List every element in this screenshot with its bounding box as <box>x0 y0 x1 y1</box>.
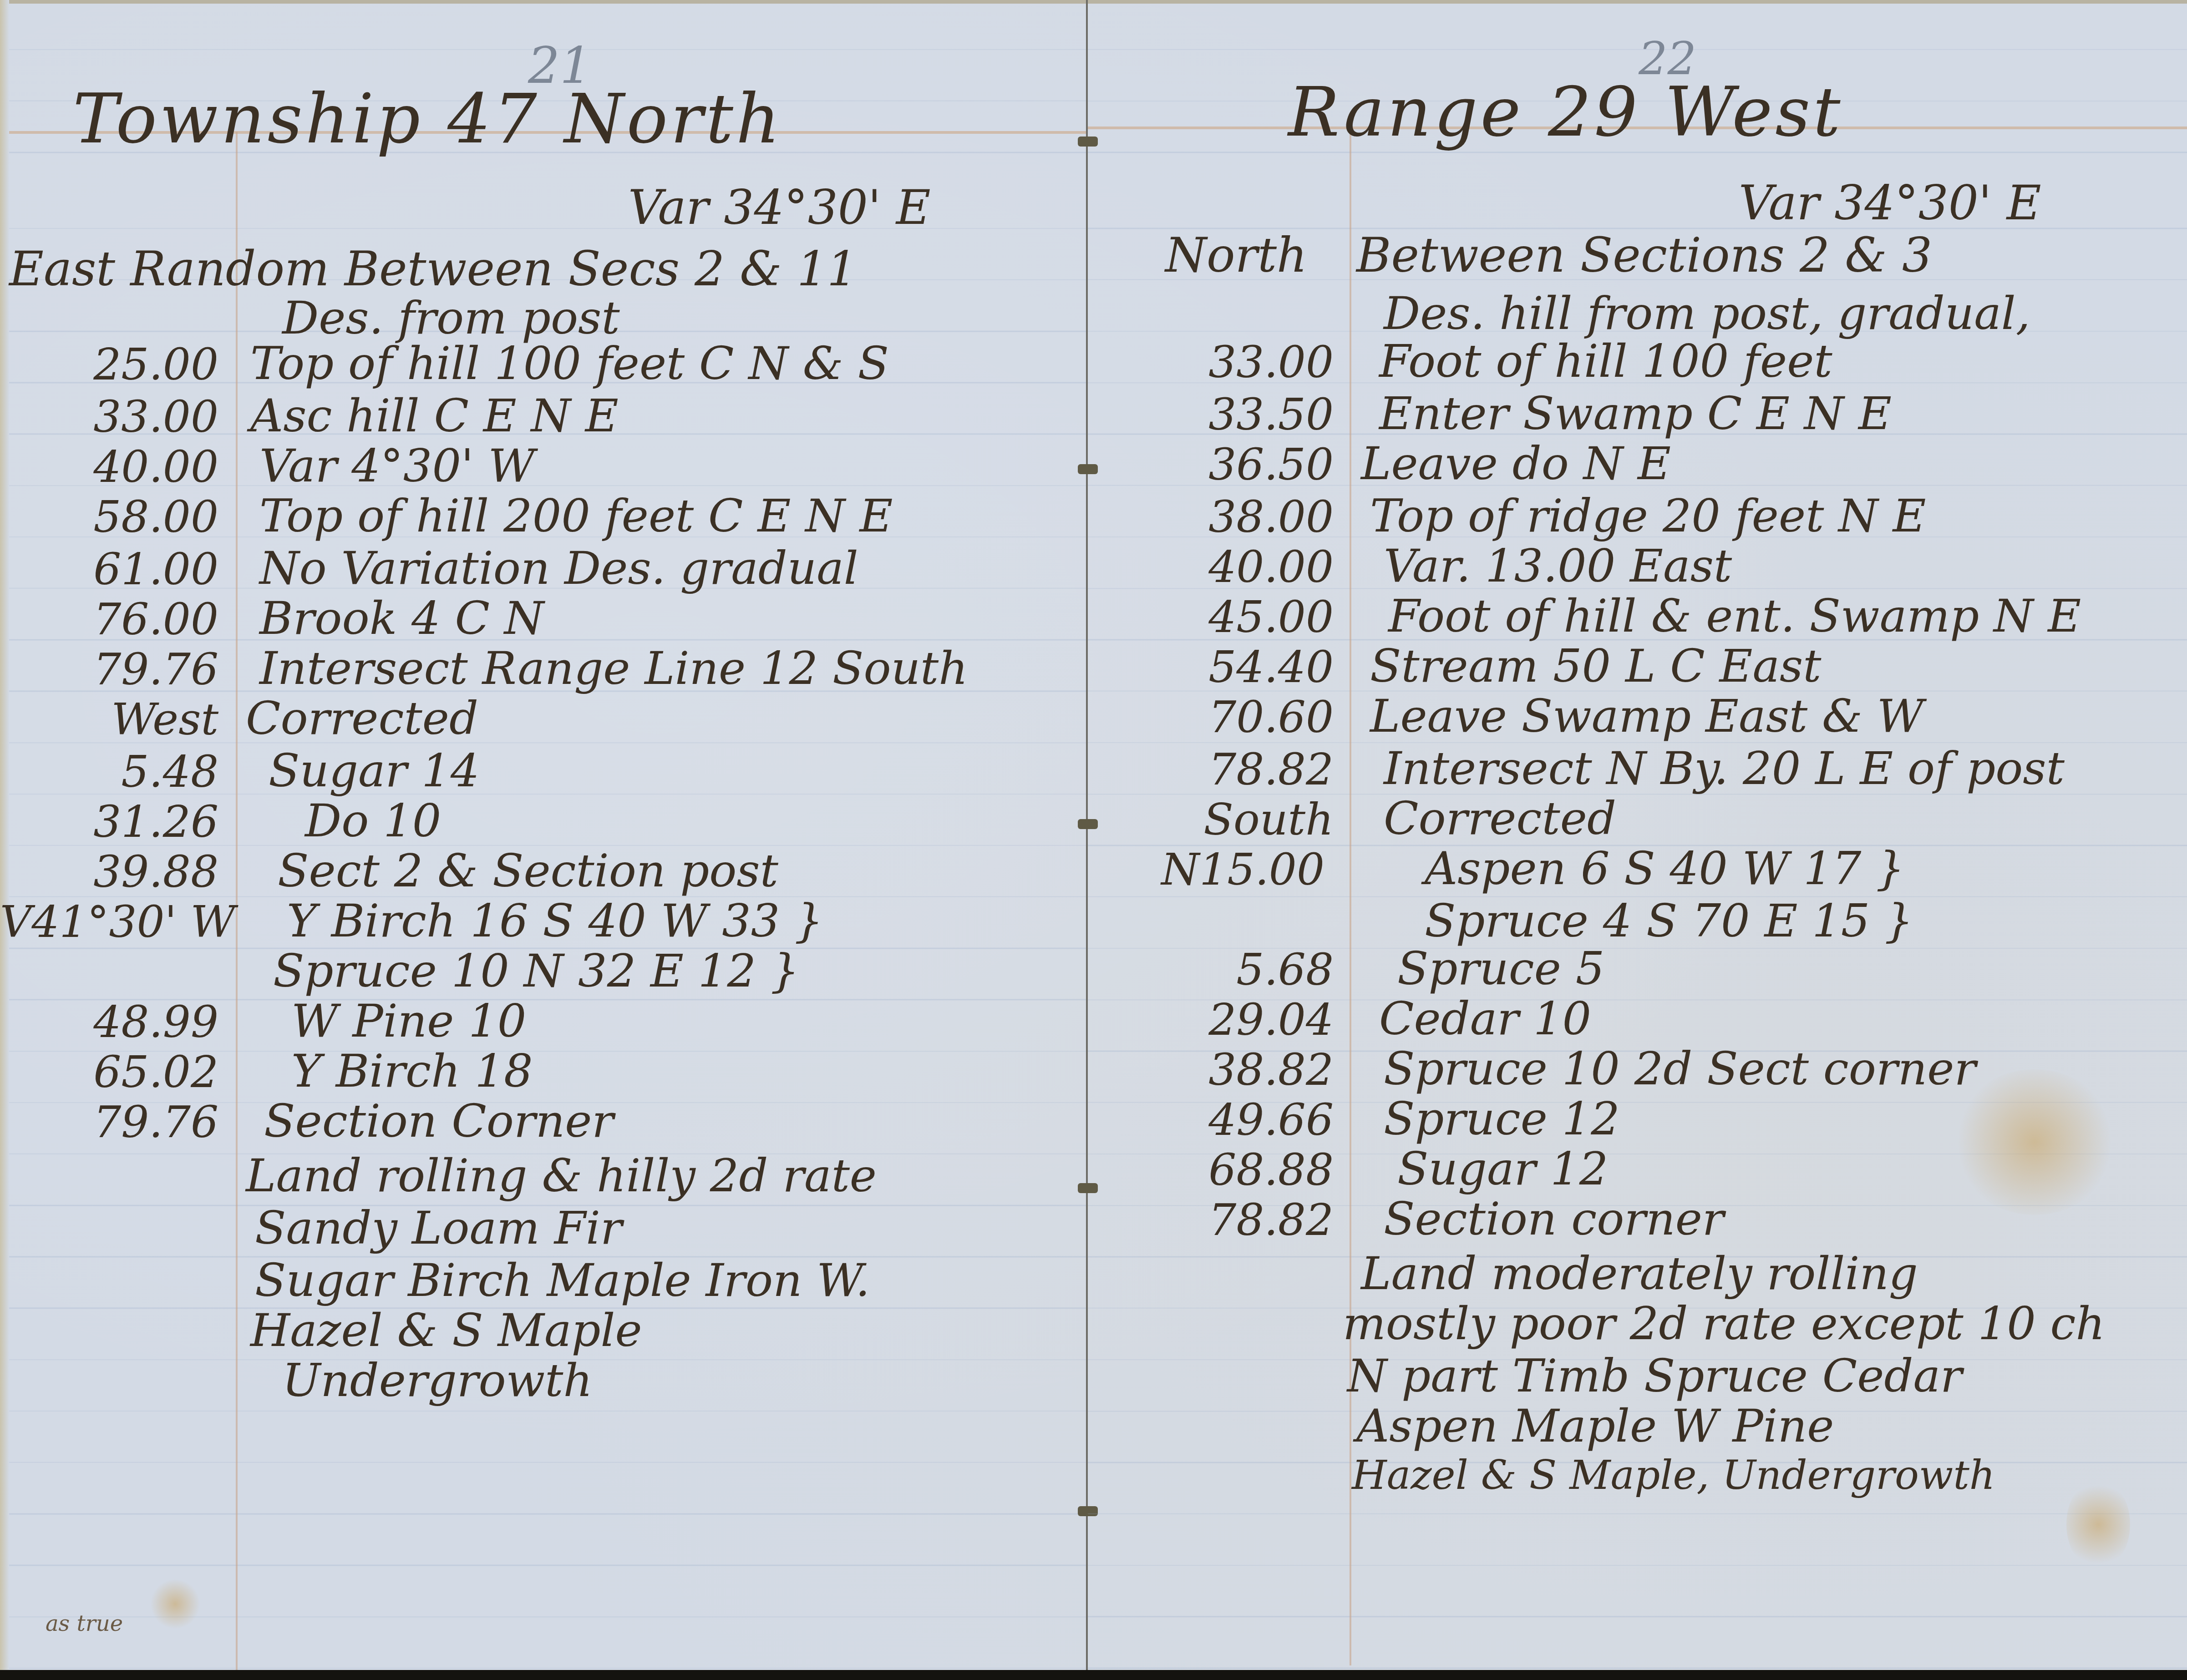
entry-text: Spruce 12 <box>1384 1092 1620 1145</box>
entry-text: Stream 50 L C East <box>1370 639 1822 693</box>
summary-line: Land rolling & hilly 2d rate <box>246 1149 877 1202</box>
entry-text: Spruce 10 N 32 E 12 } <box>273 944 800 997</box>
entry-text: Asc hill C E N E <box>250 389 619 442</box>
paper-stain <box>2066 1479 2130 1570</box>
entry-chains: 54.40 <box>1097 642 1334 693</box>
summary-line: Hazel & S Maple, Undergrowth <box>1352 1452 1995 1498</box>
entry-chains: 79.76 <box>9 644 218 695</box>
entry-text: Do 10 <box>305 794 441 847</box>
entry-bearing: N15.00 <box>1088 844 1324 895</box>
entry-text: Sugar 12 <box>1397 1142 1608 1195</box>
entry-chains: 25.00 <box>9 339 218 390</box>
book-cover-edge <box>0 1670 2187 1680</box>
entry-text: Top of hill 200 feet C E N E <box>259 489 893 542</box>
entry-text: Top of ridge 20 feet N E <box>1370 489 1926 542</box>
variation-note: Var 34°30' E <box>628 180 931 235</box>
paper-stain <box>1953 1069 2116 1215</box>
entry-text: Brook 4 C N <box>259 592 544 645</box>
entry-text: Var. 13.00 East <box>1384 539 1732 592</box>
entry-text: Foot of hill & ent. Swamp N E <box>1388 589 2081 643</box>
entry-direction: West <box>9 694 218 745</box>
entry-text: Spruce 10 2d Sect corner <box>1384 1042 1976 1095</box>
entry-bearing: V41°30' W <box>0 896 228 947</box>
entry-text: Sect 2 & Section post <box>278 844 778 897</box>
entry-chains: 33.50 <box>1097 389 1334 440</box>
entry-text: Enter Swamp C E N E <box>1379 387 1892 440</box>
entry-text: Corrected <box>1384 792 1616 845</box>
entry-text: Des. hill from post, gradual, <box>1384 287 2030 340</box>
entry-chains: 36.50 <box>1097 439 1334 490</box>
entry-chains: 58.00 <box>9 491 218 542</box>
entry-chains: 65.02 <box>9 1047 218 1098</box>
entry-chains: 31.26 <box>9 796 218 847</box>
summary-line: Sugar Birch Maple Iron W. <box>255 1254 870 1307</box>
entry-chains: 79.76 <box>9 1097 218 1148</box>
entry-chains: 33.00 <box>9 391 218 442</box>
entry-text: Section corner <box>1384 1192 1724 1245</box>
summary-line: mostly poor 2d rate except 10 ch <box>1343 1297 2105 1350</box>
entry-chains: 61.00 <box>9 544 218 595</box>
page-left-edge <box>0 0 9 1670</box>
margin-note: as true <box>46 1611 123 1636</box>
entry-text: Leave Swamp East & W <box>1370 689 1924 743</box>
line-direction: North <box>1165 228 1307 283</box>
summary-line: Undergrowth <box>282 1354 593 1407</box>
entry-text: Spruce 4 S 70 E 15 } <box>1425 894 1913 947</box>
left-page: 21 Township 47 North Var 34°30' E East R… <box>0 0 1087 1670</box>
page-title: Township 47 North <box>73 80 783 159</box>
page-title: Range 29 West <box>1288 73 1843 152</box>
entry-text: W Pine 10 <box>291 994 526 1047</box>
entry-chains: 78.82 <box>1097 744 1334 795</box>
entry-chains: 5.48 <box>9 746 218 797</box>
notebook-spread: 21 Township 47 North Var 34°30' E East R… <box>0 0 2187 1680</box>
entry-chains: 40.00 <box>1097 541 1334 592</box>
entry-chains: 39.88 <box>9 846 218 897</box>
entry-chains: 40.00 <box>9 441 218 492</box>
right-page: 22 Range 29 West Var 34°30' E North Betw… <box>1088 0 2187 1670</box>
summary-line: Aspen Maple W Pine <box>1356 1399 1834 1452</box>
entry-chains: 45.00 <box>1097 592 1334 643</box>
summary-line: Hazel & S Maple <box>250 1304 642 1357</box>
entry-text: Top of hill 100 feet C N & S <box>250 337 889 390</box>
entry-direction: South <box>1097 794 1334 845</box>
entry-text: No Variation Des. gradual <box>259 541 858 595</box>
summary-line: Land moderately rolling <box>1361 1247 1918 1300</box>
entry-text: Leave do N E <box>1361 437 1671 490</box>
entry-chains: 78.82 <box>1097 1194 1334 1245</box>
entry-text: Var 4°30' W <box>259 439 535 492</box>
entry-text: Cedar 10 <box>1379 992 1591 1045</box>
entry-chains: 38.82 <box>1097 1044 1334 1095</box>
entry-text: Intersect Range Line 12 South <box>259 642 968 695</box>
entry-chains: 70.60 <box>1097 692 1334 743</box>
entry-chains: 5.68 <box>1097 944 1334 995</box>
summary-line: N part Timb Spruce Cedar <box>1347 1349 1962 1402</box>
entry-text: Foot of hill 100 feet <box>1379 334 1832 388</box>
line-heading: Between Sections 2 & 3 <box>1356 228 1932 283</box>
ink-stain <box>150 1579 200 1629</box>
entry-text: Intersect N By. 20 L E of post <box>1384 742 2065 795</box>
entry-text: Corrected <box>246 692 478 745</box>
entry-text: Spruce 5 <box>1397 942 1604 995</box>
entry-chains: 48.99 <box>9 997 218 1047</box>
entry-chains: 49.66 <box>1097 1094 1334 1145</box>
entry-text: Section Corner <box>264 1094 614 1148</box>
page-top-edge <box>0 0 1087 4</box>
entry-text: Aspen 6 S 40 W 17 } <box>1425 842 1905 895</box>
margin-rule <box>1350 127 1351 1665</box>
entry-text: Y Birch 18 <box>291 1044 533 1098</box>
entry-chains: 38.00 <box>1097 491 1334 542</box>
entry-chains: 29.04 <box>1097 994 1334 1045</box>
line-heading: East Random Between Secs 2 & 11 <box>9 241 857 297</box>
entry-chains: 68.88 <box>1097 1144 1334 1195</box>
variation-note: Var 34°30' E <box>1739 175 2041 231</box>
margin-rule <box>236 132 238 1670</box>
entry-text: Y Birch 16 S 40 W 33 } <box>287 894 823 947</box>
page-top-edge <box>1088 0 2187 4</box>
entry-chains: 76.00 <box>9 594 218 645</box>
entry-chains: 33.00 <box>1097 337 1334 388</box>
entry-text: Sugar 14 <box>269 744 479 797</box>
summary-line: Sandy Loam Fir <box>255 1201 622 1255</box>
